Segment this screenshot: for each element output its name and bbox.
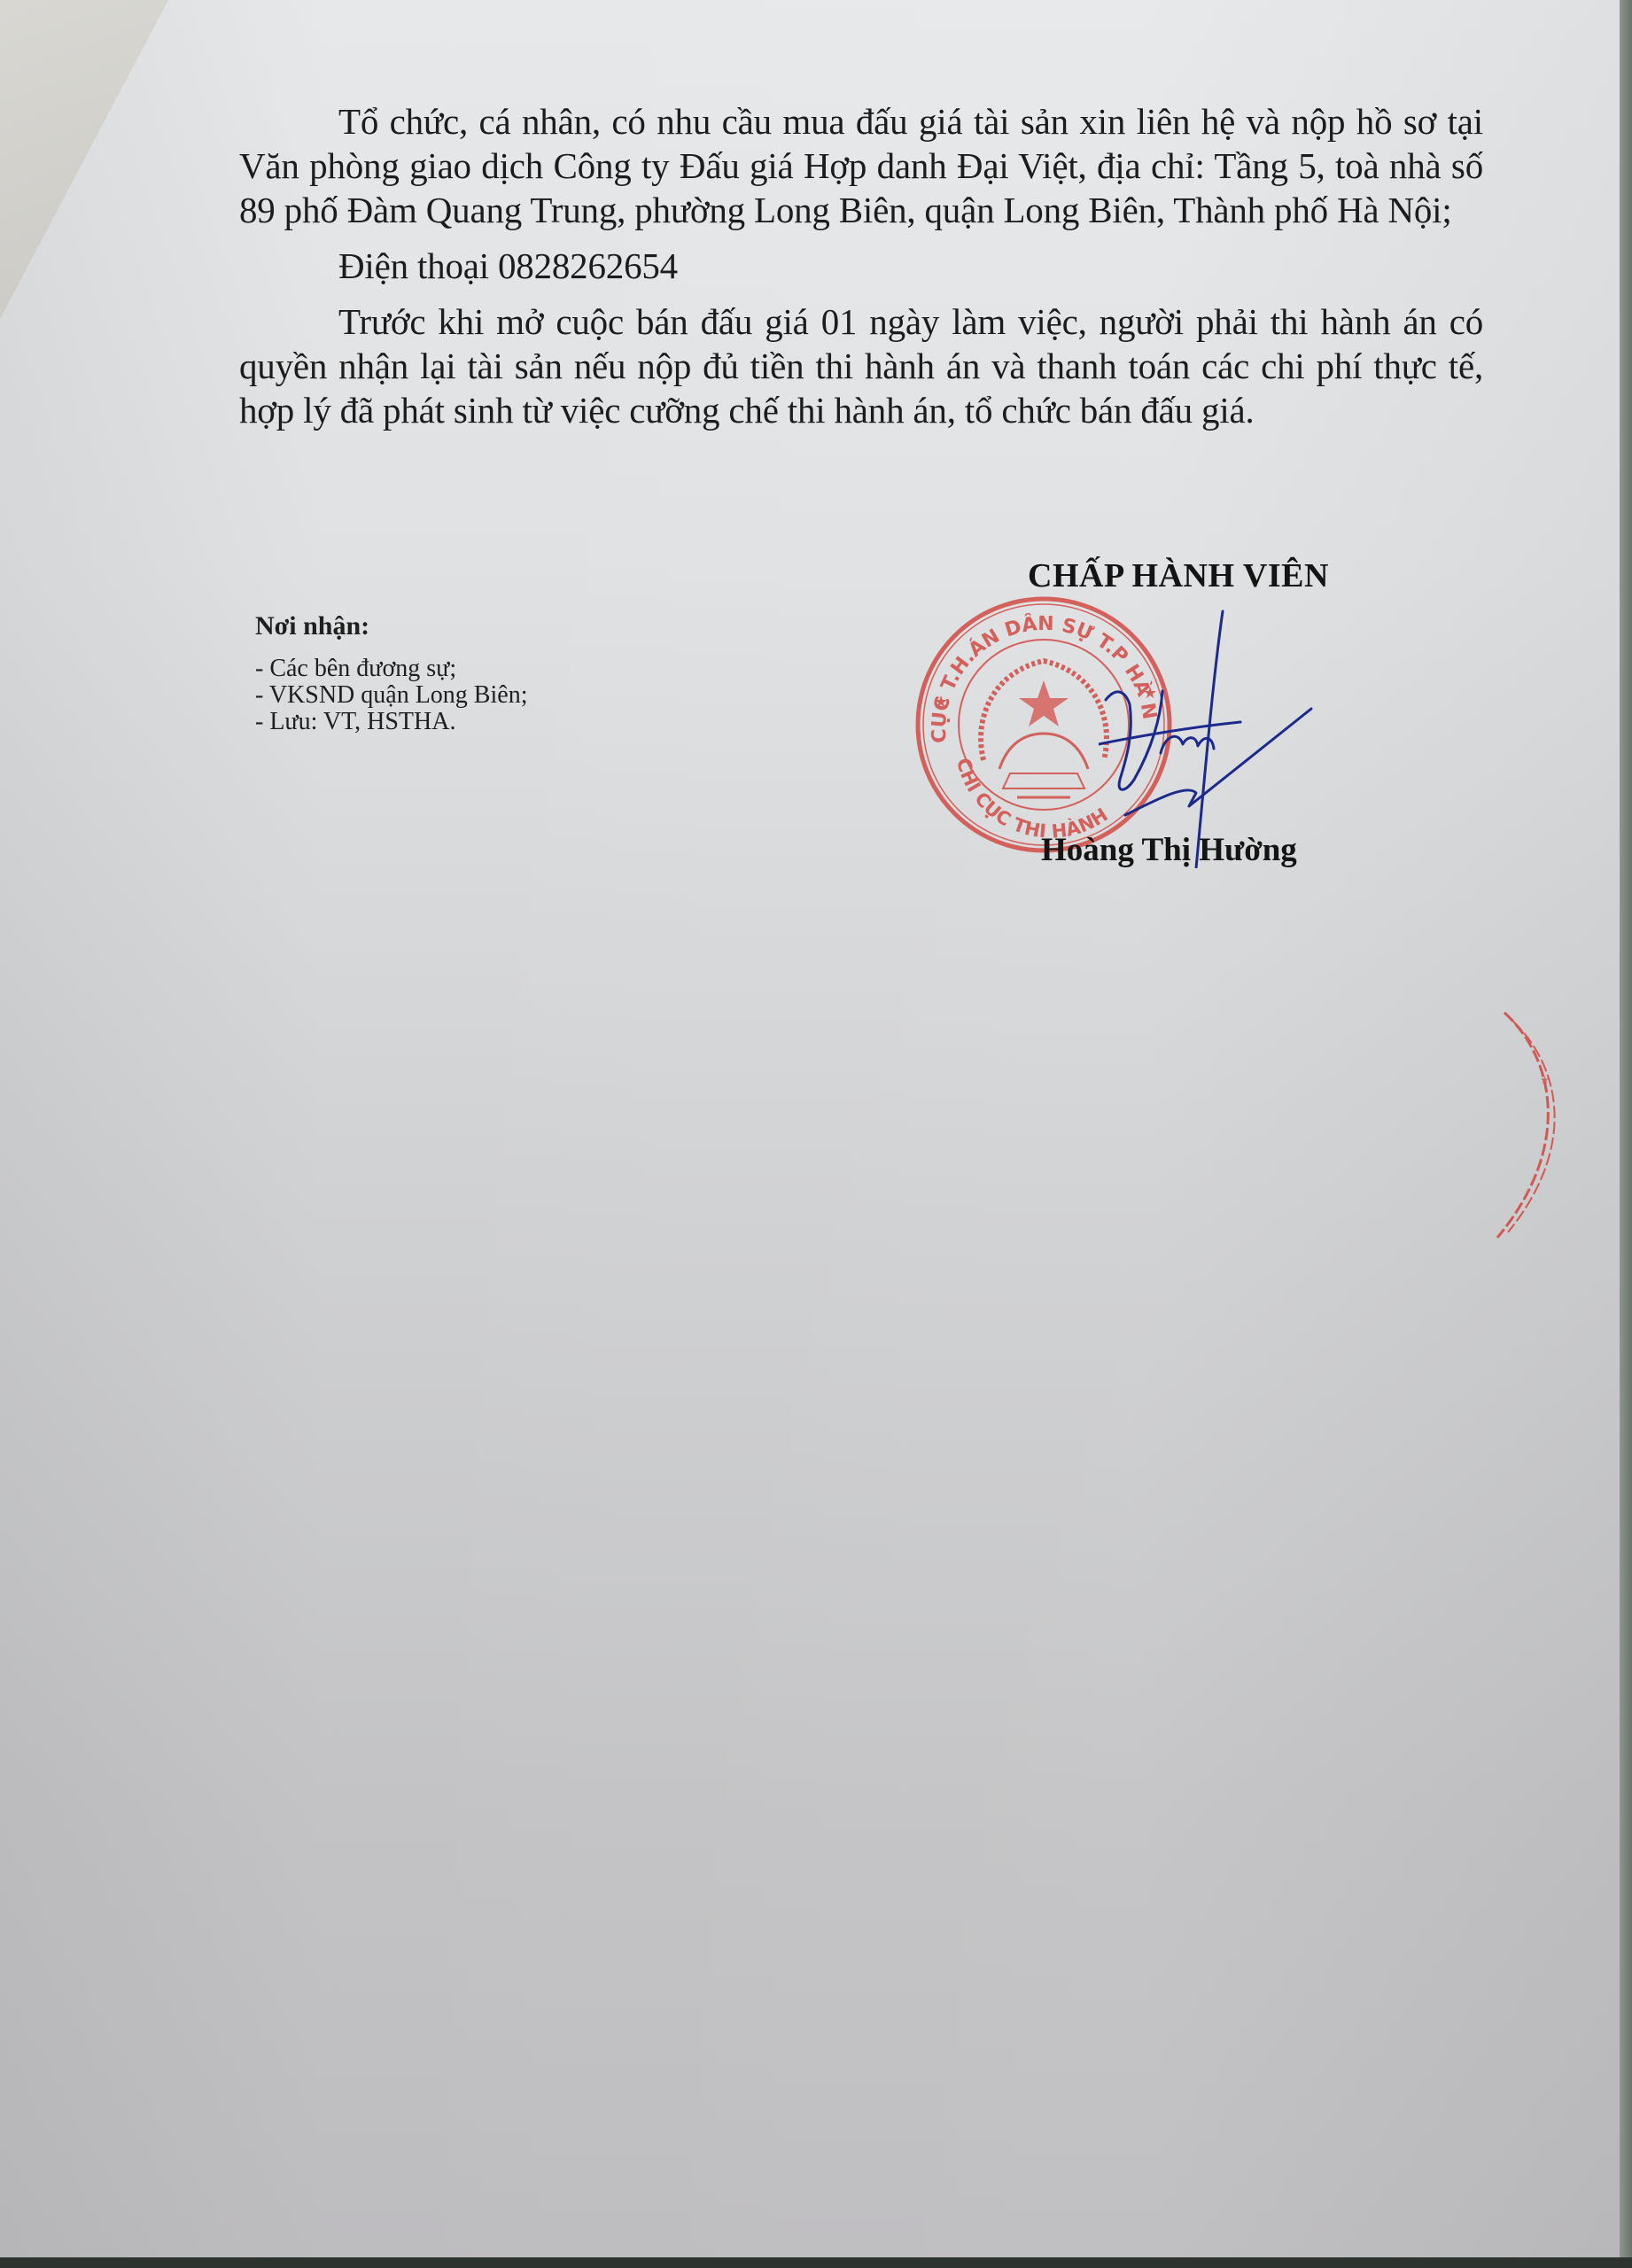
recipient-item: - Lưu: VT, HSTHA.	[255, 709, 527, 735]
signer-title: CHẤP HÀNH VIÊN	[1028, 556, 1329, 595]
paragraph-redemption-right: Trước khi mở cuộc bán đấu giá 01 ngày là…	[239, 299, 1483, 432]
recipients-title: Nơi nhận:	[255, 613, 527, 640]
paragraph-contact-info: Tổ chức, cá nhân, có nhu cầu mua đấu giá…	[239, 99, 1483, 232]
document-body: Tổ chức, cá nhân, có nhu cầu mua đấu giá…	[239, 99, 1483, 444]
signer-name: Hoàng Thị Hường	[1041, 831, 1297, 869]
document-page: Tổ chức, cá nhân, có nhu cầu mua đấu giá…	[0, 0, 1620, 2257]
svg-text:★: ★	[934, 693, 948, 711]
paragraph-phone: Điện thoại 0828262654	[239, 244, 1483, 288]
handwritten-signature-icon	[1099, 602, 1329, 868]
surface-below-page	[0, 2257, 1632, 2268]
partial-seal-icon: ★	[1488, 1006, 1577, 1245]
recipient-item: - Các bên đương sự;	[255, 656, 527, 682]
recipient-item: - VKSND quận Long Biên;	[255, 682, 527, 709]
svg-text:★: ★	[1540, 1074, 1550, 1086]
recipients-block: Nơi nhận: - Các bên đương sự; - VKSND qu…	[255, 613, 527, 735]
page-right-edge	[1620, 0, 1632, 2257]
